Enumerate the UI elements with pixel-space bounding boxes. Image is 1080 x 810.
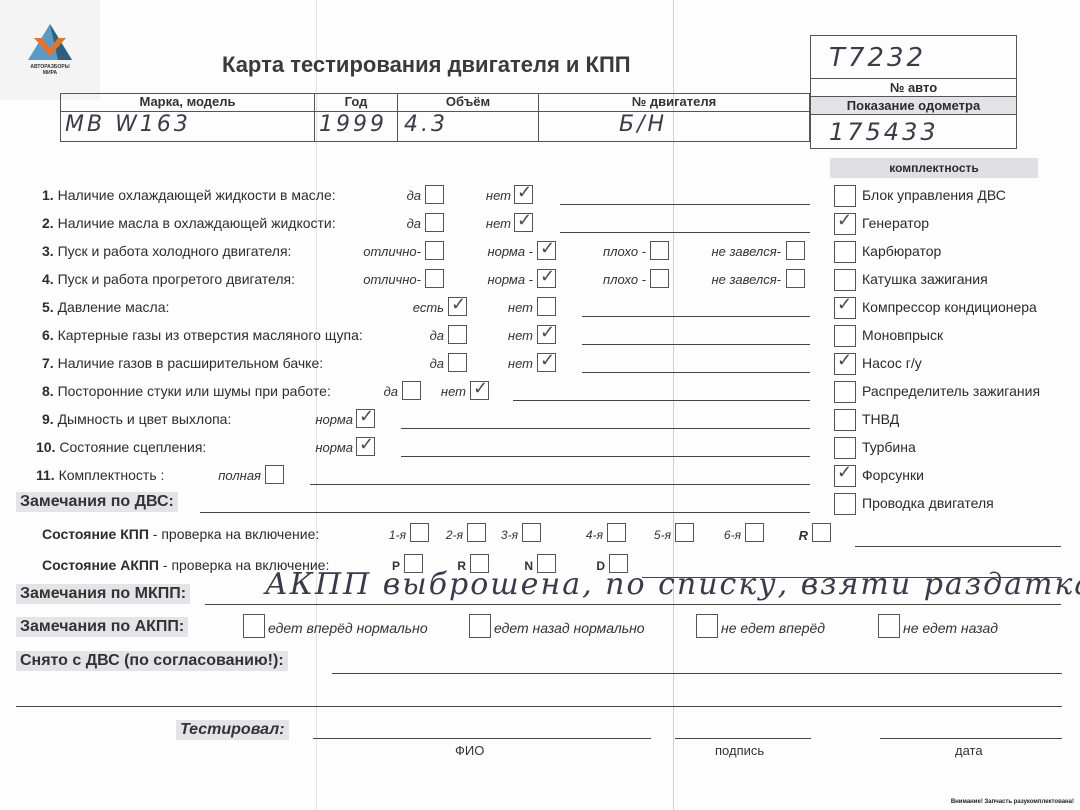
option-checkbox[interactable] xyxy=(537,241,556,260)
option-label: плохо - xyxy=(603,244,646,259)
question-label: 1. Наличие охлаждающей жидкости в масле: xyxy=(42,187,336,203)
akpp-remark-checkbox[interactable] xyxy=(696,614,718,638)
akpp-remark-checkbox[interactable] xyxy=(243,614,265,638)
question-label: 2. Наличие масла в охлаждающей жидкости: xyxy=(42,215,336,231)
akpp-remark-label: едет назад нормально xyxy=(494,620,645,636)
removed-parts-field-2[interactable] xyxy=(16,706,1062,707)
kpp-notes-field[interactable] xyxy=(855,546,1061,547)
option-label: полная xyxy=(218,468,261,483)
akpp-remarks-label: Замечания по АКПП: xyxy=(16,617,188,637)
engine-number-field[interactable]: Б/Н xyxy=(539,112,809,141)
option-label: да xyxy=(430,356,444,371)
question-notes-field[interactable] xyxy=(310,484,810,485)
gear-checkbox[interactable] xyxy=(522,523,541,542)
question-notes-field[interactable] xyxy=(582,316,810,317)
completeness-item-label: Карбюратор xyxy=(862,243,941,259)
option-label: норма xyxy=(315,440,353,455)
completeness-item-label: ТНВД xyxy=(862,411,899,427)
gear-label: R xyxy=(799,528,808,543)
option-checkbox[interactable] xyxy=(537,269,556,288)
option-checkbox[interactable] xyxy=(537,297,556,316)
option-label: да xyxy=(430,328,444,343)
option-label: отлично- xyxy=(363,272,421,287)
checkbox[interactable] xyxy=(834,185,856,207)
completeness-item-label: Генератор xyxy=(862,215,929,231)
column-header-year: Год xyxy=(315,94,397,111)
option-label: норма xyxy=(315,412,353,427)
option-label: норма - xyxy=(487,272,533,287)
gear-label: 5-я xyxy=(654,528,671,542)
option-label: нет xyxy=(486,188,511,203)
mkpp-remarks-underline xyxy=(205,604,1061,605)
checkbox[interactable] xyxy=(834,269,856,291)
option-label: да xyxy=(407,216,421,231)
mkpp-remarks-label: Замечания по МКПП: xyxy=(16,584,190,604)
option-label: нет xyxy=(508,356,533,371)
checkbox[interactable] xyxy=(834,409,856,431)
question-label: 10. Состояние сцепления: xyxy=(36,439,206,455)
checkbox[interactable] xyxy=(834,381,856,403)
checkbox[interactable] xyxy=(834,493,856,515)
column-header-engine-number: № двигателя xyxy=(539,94,809,111)
auto-info-box: T7232 № авто Показание одометра 175433 xyxy=(810,35,1017,149)
kpp-check-label: Состояние КПП - проверка на включение: xyxy=(42,526,319,542)
option-checkbox[interactable] xyxy=(356,409,375,428)
question-label: 6. Картерные газы из отверстия масляного… xyxy=(42,327,363,343)
completeness-header: комплектность xyxy=(830,158,1038,178)
option-checkbox[interactable] xyxy=(514,185,533,204)
dvs-remarks-label: Замечания по ДВС: xyxy=(16,492,178,512)
option-checkbox[interactable] xyxy=(425,269,444,288)
option-label: не завелся- xyxy=(711,244,781,259)
removed-parts-field[interactable] xyxy=(332,673,1062,674)
option-checkbox[interactable] xyxy=(402,381,421,400)
option-label: нет xyxy=(508,300,533,315)
question-notes-field[interactable] xyxy=(513,400,810,401)
option-checkbox[interactable] xyxy=(537,353,556,372)
page-title: Карта тестирования двигателя и КПП xyxy=(222,52,631,78)
gear-checkbox[interactable] xyxy=(410,523,429,542)
signature-caption: подпись xyxy=(715,743,764,758)
logo-icon xyxy=(28,24,72,60)
question-label: 3. Пуск и работа холодного двигателя: xyxy=(42,243,291,259)
question-notes-field[interactable] xyxy=(560,204,810,205)
fio-caption: ФИО xyxy=(455,743,484,758)
option-checkbox[interactable] xyxy=(650,269,669,288)
volume-field[interactable]: 4.3 xyxy=(398,112,538,141)
logo: АВТОРАЗБОРЫ МИРА xyxy=(0,0,100,100)
tested-by-label: Тестировал: xyxy=(176,720,289,740)
option-checkbox[interactable] xyxy=(448,325,467,344)
question-notes-field[interactable] xyxy=(401,456,810,457)
vehicle-info-table: Марка, модель Год Объём № двигателя MB W… xyxy=(60,93,810,142)
year-field[interactable]: 1999 xyxy=(315,112,397,141)
odometer-field[interactable]: 175433 xyxy=(811,115,1016,148)
checkbox[interactable] xyxy=(834,437,856,459)
option-label: отлично- xyxy=(363,244,421,259)
make-model-field[interactable]: MB W163 xyxy=(61,112,314,141)
column-header-volume: Объём xyxy=(398,94,538,111)
gear-label: 2-я xyxy=(446,528,463,542)
option-checkbox[interactable] xyxy=(448,353,467,372)
signature-field[interactable] xyxy=(675,738,811,739)
auto-number-field[interactable]: T7232 xyxy=(811,36,1016,79)
option-checkbox[interactable] xyxy=(786,269,805,288)
question-label: 11. Комплектность : xyxy=(36,467,164,483)
option-checkbox[interactable] xyxy=(448,297,467,316)
akpp-remark-checkbox[interactable] xyxy=(878,614,900,638)
option-checkbox[interactable] xyxy=(786,241,805,260)
gear-label: 4-я xyxy=(586,528,603,542)
question-label: 9. Дымность и цвет выхлопа: xyxy=(42,411,231,427)
option-label: да xyxy=(407,188,421,203)
completeness-item-label: Форсунки xyxy=(862,467,924,483)
gear-label: 6-я xyxy=(724,528,741,542)
checkbox[interactable] xyxy=(834,297,856,319)
option-label: не завелся- xyxy=(711,272,781,287)
option-checkbox[interactable] xyxy=(537,325,556,344)
option-checkbox[interactable] xyxy=(265,465,284,484)
akpp-remark-label: не едет назад xyxy=(903,620,998,636)
option-label: да xyxy=(384,384,398,399)
question-notes-field[interactable] xyxy=(582,372,810,373)
column-header-make-model: Марка, модель xyxy=(61,94,314,111)
question-notes-field[interactable] xyxy=(401,428,810,429)
option-checkbox[interactable] xyxy=(470,381,489,400)
question-label: 8. Посторонние стуки или шумы при работе… xyxy=(42,383,331,399)
gear-checkbox[interactable] xyxy=(675,523,694,542)
question-notes-field[interactable] xyxy=(560,232,810,233)
gear-checkbox[interactable] xyxy=(812,523,831,542)
checkbox[interactable] xyxy=(834,465,856,487)
gear-checkbox[interactable] xyxy=(467,523,486,542)
option-label: нет xyxy=(508,328,533,343)
removed-parts-label: Снято с ДВС (по согласованию!): xyxy=(16,651,288,671)
option-label: плохо - xyxy=(603,272,646,287)
checkbox[interactable] xyxy=(834,241,856,263)
completeness-item-label: Катушка зажигания xyxy=(862,271,988,287)
akpp-remark-label: едет вперёд нормально xyxy=(268,620,428,636)
auto-number-label: № авто xyxy=(811,79,1016,97)
completeness-item-label: Турбина xyxy=(862,439,916,455)
checkbox[interactable] xyxy=(834,353,856,375)
option-checkbox[interactable] xyxy=(514,213,533,232)
gear-checkbox[interactable] xyxy=(745,523,764,542)
option-checkbox[interactable] xyxy=(650,241,669,260)
fio-field[interactable] xyxy=(313,738,651,739)
checkbox[interactable] xyxy=(834,325,856,347)
completeness-item-label: Насос г/у xyxy=(862,355,922,371)
completeness-item-label: Проводка двигателя xyxy=(862,495,994,511)
completeness-item-label: Моновпрыск xyxy=(862,327,943,343)
option-label: есть xyxy=(413,300,444,315)
option-checkbox[interactable] xyxy=(425,213,444,232)
question-label: 7. Наличие газов в расширительном бачке: xyxy=(42,355,323,371)
logo-text-line2: МИРА xyxy=(0,70,100,76)
gear-label: 1-я xyxy=(389,528,406,542)
date-field[interactable] xyxy=(880,738,1062,739)
odometer-label: Показание одометра xyxy=(811,97,1016,115)
option-checkbox[interactable] xyxy=(356,437,375,456)
question-label: 4. Пуск и работа прогретого двигателя: xyxy=(42,271,295,287)
option-checkbox[interactable] xyxy=(425,185,444,204)
option-checkbox[interactable] xyxy=(425,241,444,260)
mkpp-remarks-field[interactable]: АКПП выброшена, по списку, взяти раздатк… xyxy=(265,567,1080,602)
dvs-remarks-field[interactable] xyxy=(200,512,810,513)
akpp-remark-label: не едет вперёд xyxy=(721,620,825,636)
footer-warning: Внимание! Запчасть разукомплектована! xyxy=(951,799,1074,805)
gear-checkbox[interactable] xyxy=(607,523,626,542)
option-label: нет xyxy=(441,384,466,399)
option-label: норма - xyxy=(487,244,533,259)
question-label: 5. Давление масла: xyxy=(42,299,169,315)
gear-label: 3-я xyxy=(501,528,518,542)
completeness-item-label: Блок управления ДВС xyxy=(862,187,1006,203)
completeness-item-label: Компрессор кондиционера xyxy=(862,299,1037,315)
date-caption: дата xyxy=(955,743,983,758)
option-label: нет xyxy=(486,216,511,231)
akpp-remark-checkbox[interactable] xyxy=(469,614,491,638)
question-notes-field[interactable] xyxy=(582,344,810,345)
checkbox[interactable] xyxy=(834,213,856,235)
completeness-item-label: Распределитель зажигания xyxy=(862,383,1040,399)
